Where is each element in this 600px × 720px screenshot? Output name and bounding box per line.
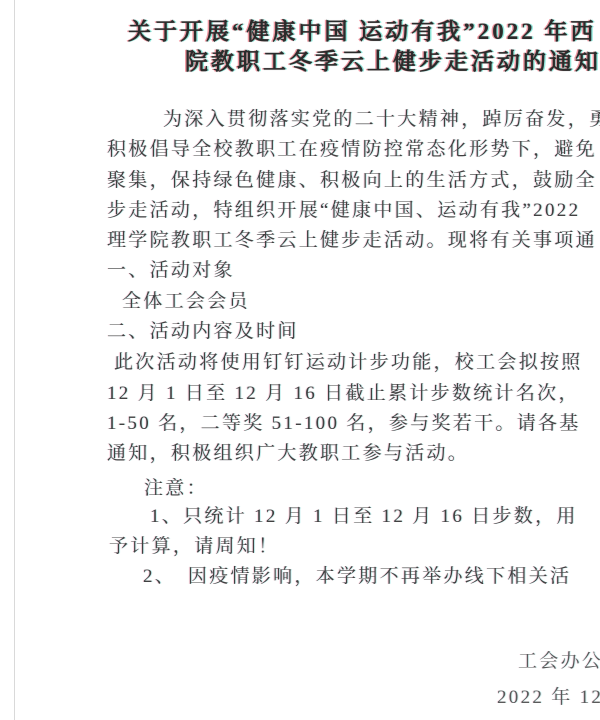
page-edge-line bbox=[14, 0, 15, 720]
signature-date: 2022 年 12 bbox=[497, 688, 600, 707]
paragraph2-line3: 1-50 名，二等奖 51-100 名，参与奖若干。请各基 bbox=[107, 414, 581, 433]
paragraph1-line3: 聚集，保持绿色健康、积极向上的生活方式，鼓励全 bbox=[107, 171, 597, 190]
paragraph1-line2: 积极倡导全校教职工在疫情防控常态化形势下，避免 bbox=[107, 140, 597, 159]
notice-title-line1: 关于开展“健康中国 运动有我”2022 年西 bbox=[128, 20, 597, 43]
paragraph2-line1: 此次活动将使用钉钉运动计步功能，校工会拟按照 bbox=[114, 353, 583, 372]
activity-target-text: 全体工会会员 bbox=[122, 292, 250, 311]
note-item2-line1: 2、 因疫情影响，本学期不再举办线下相关活 bbox=[143, 567, 571, 586]
signature-organization: 工会办公 bbox=[518, 652, 600, 671]
paragraph1-line5: 理学院教职工冬季云上健步走活动。现将有关事项通 bbox=[107, 231, 597, 250]
paragraph2-line2: 12 月 1 日至 12 月 16 日截止累计步数统计名次， bbox=[107, 384, 580, 403]
note-heading: 注意： bbox=[144, 479, 208, 498]
paragraph1-line4: 步走活动，特组织开展“健康中国、运动有我”2022 bbox=[107, 201, 580, 220]
note-item1-line2: 予计算，请周知！ bbox=[109, 537, 279, 556]
paragraph1-line1: 为深入贯彻落实党的二十大精神，踔厉奋发，勇 bbox=[163, 110, 600, 129]
notice-title-line2: 院教职工冬季云上健步走活动的通知 bbox=[185, 50, 600, 73]
section-heading-activity-content-time: 二、活动内容及时间 bbox=[107, 322, 299, 341]
notice-document-page: 关于开展“健康中国 运动有我”2022 年西 院教职工冬季云上健步走活动的通知 … bbox=[0, 0, 600, 720]
paragraph2-line4: 通知，积极组织广大教职工参与活动。 bbox=[107, 444, 469, 463]
section-heading-activity-target: 一、活动对象 bbox=[107, 261, 235, 280]
note-item1-line1: 1、只统计 12 月 1 日至 12 月 16 日步数，用 bbox=[150, 507, 578, 526]
